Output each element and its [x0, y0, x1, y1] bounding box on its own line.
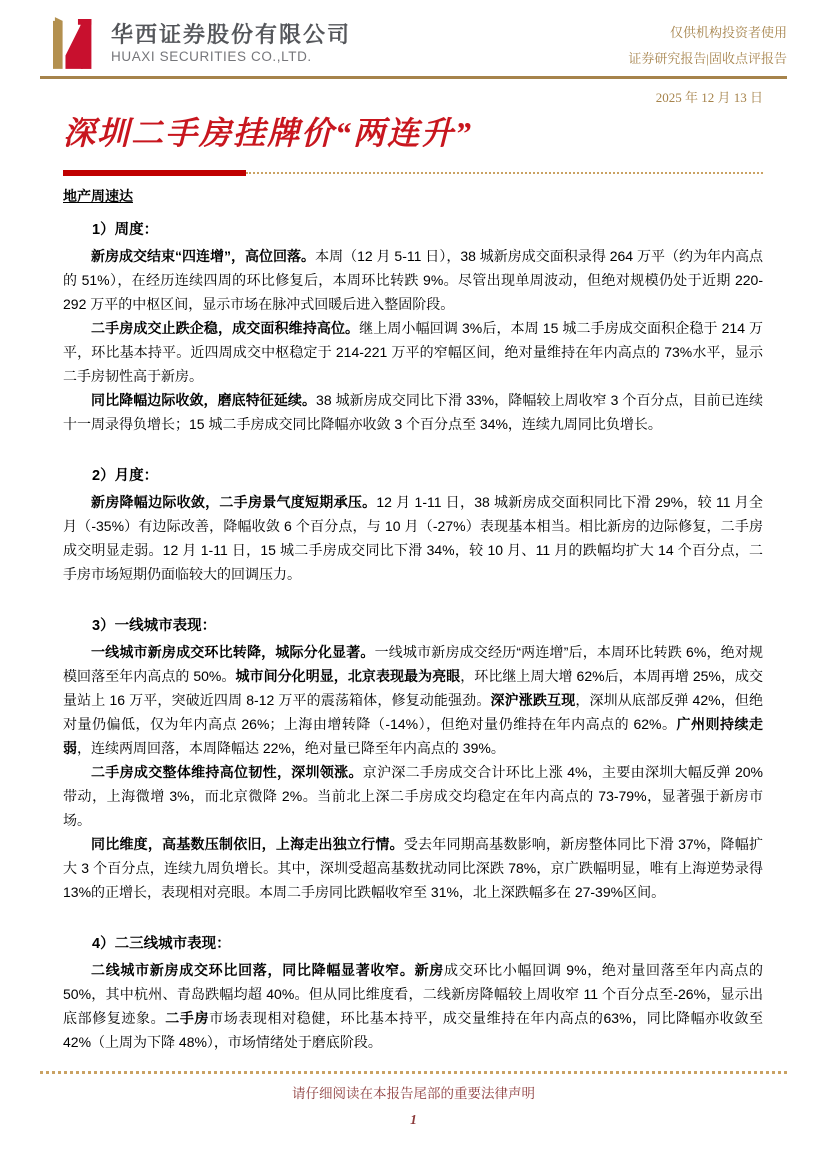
huaxi-h-logo-icon	[53, 16, 101, 70]
page-number: 1	[0, 1112, 827, 1128]
footer-disclaimer: 请仔细阅读在本报告尾部的重要法律声明	[0, 1082, 827, 1102]
paragraph: 同比降幅边际收敛，磨底特征延续。38 城新房成交同比下滑 33%，降幅较上周收窄…	[63, 388, 763, 436]
text-run: 新房降幅边际收敛，二手房景气度短期承压。	[91, 494, 376, 510]
series-label-row: 地产周速达	[0, 176, 827, 206]
company-name-block: 华西证券股份有限公司 HUAXI SECURITIES CO.,LTD.	[111, 22, 351, 64]
paragraph: 二手房成交止跌企稳，成交面积维持高位。继上周小幅回调 3%后，本周 15 城二手…	[63, 316, 763, 388]
header-right-block: 仅供机构投资者使用 证券研究报告|固收点评报告	[628, 16, 787, 72]
text-run: 二手房	[165, 1010, 209, 1026]
paragraph: 同比维度，高基数压制依旧，上海走出独立行情。受去年同期高基数影响，新房整体同比下…	[63, 832, 763, 904]
paragraph: 二手房成交整体维持高位韧性，深圳领涨。京沪深二手房成交合计环比上涨 4%，主要由…	[63, 760, 763, 832]
paragraph: 二线城市新房成交环比回落，同比降幅显著收窄。新房成交环比小幅回调 9%，绝对量回…	[63, 958, 763, 1054]
text-run: 新房	[415, 962, 444, 978]
report-page: 华西证券股份有限公司 HUAXI SECURITIES CO.,LTD. 仅供机…	[0, 0, 827, 1169]
page-title: 深圳二手房挂牌价“两连升”	[63, 108, 763, 154]
text-run: ，连续两周回落，本周降幅达 22%，绝对量已降至年内高点的 39%。	[77, 740, 505, 756]
title-divider	[63, 170, 763, 176]
paragraph: 新房成交结束“四连增”，高位回落。本周（12 月 5-11 日），38 城新房成…	[63, 244, 763, 316]
report-body: 1）周度：新房成交结束“四连增”，高位回落。本周（12 月 5-11 日），38…	[63, 218, 763, 1054]
company-name-cn: 华西证券股份有限公司	[111, 22, 351, 48]
text-run: 城市间分化明显，北京表现最为亮眼	[235, 668, 460, 684]
footer-divider	[40, 1071, 787, 1074]
title-divider-red	[63, 170, 246, 176]
text-run: 新房成交结束“四连增”，高位回落。	[91, 248, 315, 264]
title-divider-gold	[246, 172, 763, 174]
section-heading: 4）二三线城市表现：	[63, 932, 763, 956]
section-heading: 3）一线城市表现：	[63, 614, 763, 638]
text-run: 二线城市新房成交环比回落，同比降幅显著收窄。	[91, 962, 415, 978]
report-type-label: 证券研究报告|固收点评报告	[628, 46, 787, 72]
paragraph: 一线城市新房成交环比转降，城际分化显著。一线城市新房成交经历“两连增”后，本周环…	[63, 640, 763, 760]
text-run: 同比维度，高基数压制依旧，上海走出独立行情。	[91, 836, 404, 852]
company-logo: 华西证券股份有限公司 HUAXI SECURITIES CO.,LTD.	[53, 16, 351, 70]
series-label: 地产周速达	[63, 186, 133, 206]
report-date: 2025 年 12 月 13 日	[63, 87, 763, 106]
text-run: 二手房成交止跌企稳，成交面积维持高位。	[91, 320, 359, 336]
report-header: 华西证券股份有限公司 HUAXI SECURITIES CO.,LTD. 仅供机…	[53, 16, 787, 72]
text-run: 深沪涨跌互现	[490, 692, 575, 708]
text-run: 二手房成交整体维持高位韧性，深圳领涨。	[91, 764, 363, 780]
investor-notice: 仅供机构投资者使用	[628, 20, 787, 46]
section-heading: 1）周度：	[63, 218, 763, 242]
text-run: 一线城市新房成交环比转降，城际分化显著。	[91, 644, 375, 660]
text-run: 同比降幅边际收敛，磨底特征延续。	[91, 392, 316, 408]
paragraph: 新房降幅边际收敛，二手房景气度短期承压。12 月 1-11 日，38 城新房成交…	[63, 490, 763, 586]
header-divider	[40, 76, 787, 79]
company-name-en: HUAXI SECURITIES CO.,LTD.	[111, 49, 351, 64]
section-heading: 2）月度：	[63, 464, 763, 488]
